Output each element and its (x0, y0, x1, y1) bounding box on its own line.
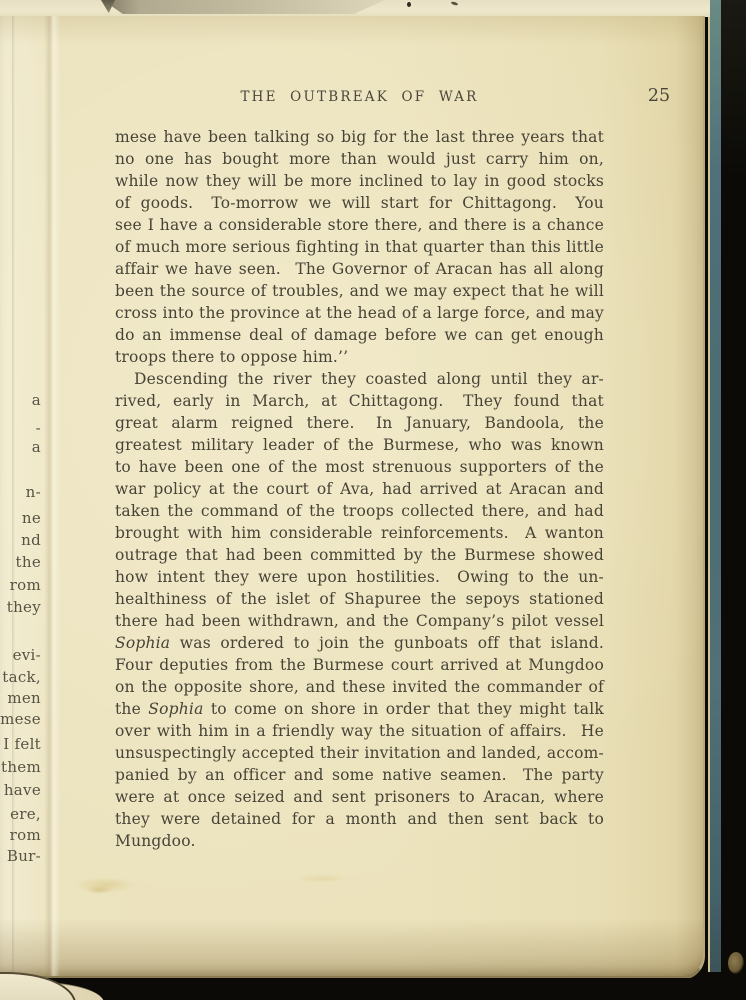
prev-page-fragment: nd (21, 531, 41, 549)
text-line: how intent they were upon hostilities. O… (115, 566, 604, 588)
prev-page-fragment: I felt (3, 735, 41, 753)
prev-page-fragment: a (32, 438, 41, 456)
text-line: no one has bought more than would just c… (115, 148, 604, 170)
prev-page-fragment: men (7, 689, 41, 707)
prev-page-fragment: mese (0, 710, 41, 728)
text-line: see I have a considerable store there, a… (115, 214, 604, 236)
headband-fragment (728, 952, 744, 974)
prev-page-fragment: a (32, 391, 41, 409)
prev-page-fragment: evi- (13, 646, 41, 664)
prev-page-fragment: n- (26, 483, 41, 501)
prev-page-fragment: they (7, 598, 41, 616)
bottom-black-band (0, 978, 746, 1000)
prev-page-fragment: ere, (10, 805, 41, 823)
prev-page-fragment: them (1, 758, 41, 776)
text-line: while now they will be more inclined to … (115, 170, 604, 192)
prev-page-fragment: rom (10, 576, 41, 594)
text-line: Mungdoo. (115, 830, 604, 852)
text-line: troops there to oppose him.’’ (115, 346, 604, 368)
text-line: on the opposite shore, and these invited… (115, 676, 604, 698)
text-line: brought with him considerable reinforcem… (115, 522, 604, 544)
book-photo: a-an-nendtheromtheyevi-tack,menmeseI fel… (0, 0, 746, 1000)
text-line: Sophia was ordered to join the gunboats … (115, 632, 604, 654)
text-line: do an immense deal of damage before we c… (115, 324, 604, 346)
prev-page-fragment: - (36, 419, 41, 437)
paper-stain (296, 874, 348, 883)
text-line: they were detained for a month and then … (115, 808, 604, 830)
prev-page-fragment: ne (22, 509, 41, 527)
text-line: unsuspectingly accepted their invitation… (115, 742, 604, 764)
text-line: great alarm reigned there. In January, B… (115, 412, 604, 434)
text-line: rived, early in March, at Chittagong. Th… (115, 390, 604, 412)
paper-stain (86, 886, 112, 894)
text-line: taken the command of the troops collecte… (115, 500, 604, 522)
text-line: cross into the province at the head of a… (115, 302, 604, 324)
prev-page-fragment: have (4, 781, 41, 799)
text-line: greatest military leader of the Burmese,… (115, 434, 604, 456)
text-line: were at once seized and sent prisoners t… (115, 786, 604, 808)
text-line: mese have been talking so big for the la… (115, 126, 604, 148)
text-line: outrage that had been committed by the B… (115, 544, 604, 566)
text-line: healthiness of the islet of Shapuree the… (115, 588, 604, 610)
text-line: affair we have seen. The Governor of Ara… (115, 258, 604, 280)
prev-page-text-fragments: a-an-nendtheromtheyevi-tack,menmeseI fel… (0, 0, 44, 976)
prev-page-fragment: tack, (2, 668, 41, 686)
text-line: of goods. To-morrow we will start for Ch… (115, 192, 604, 214)
top-page-edge-tab (100, 0, 385, 14)
prev-page-fragment: Bur- (7, 847, 41, 865)
text-line: war policy at the court of Ava, had arri… (115, 478, 604, 500)
body-text: mese have been talking so big for the la… (115, 126, 604, 852)
text-line: Four deputies from the Burmese court arr… (115, 654, 604, 676)
prev-page-fragment: rom (10, 826, 41, 844)
cover-cloth-strip (708, 0, 721, 972)
gutter-crease-shadow (44, 16, 60, 976)
ink-speck (407, 2, 411, 7)
running-title: THE OUTBREAK OF WAR (115, 89, 604, 105)
text-line: been the source of troubles, and we may … (115, 280, 604, 302)
page-number: 25 (638, 86, 680, 106)
text-line: of much more serious fighting in that qu… (115, 236, 604, 258)
text-line: Descending the river they coasted along … (115, 368, 604, 390)
text-line: over with him in a friendly way the situ… (115, 720, 604, 742)
text-line: to have been one of the most strenuous s… (115, 456, 604, 478)
text-line: panied by an officer and some native sea… (115, 764, 604, 786)
text-line: the Sophia to come on shore in order tha… (115, 698, 604, 720)
prev-page-fragment: the (16, 553, 41, 571)
spine-shadow (719, 0, 746, 180)
text-line: there had been withdrawn, and the Compan… (115, 610, 604, 632)
